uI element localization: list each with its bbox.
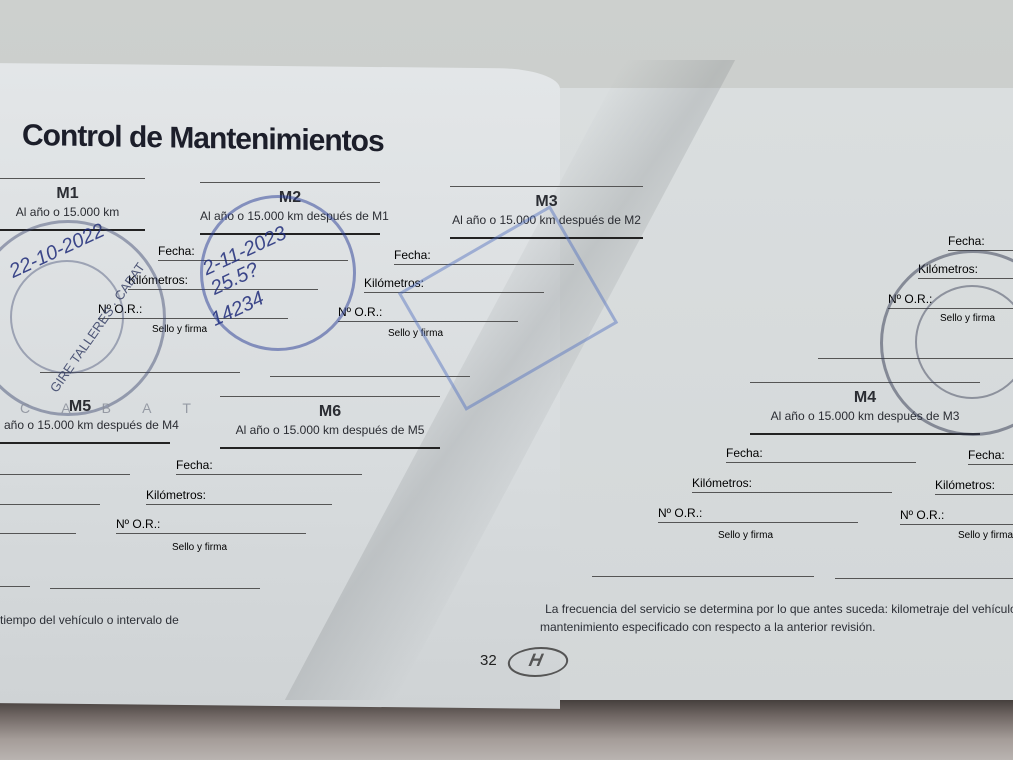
stamp-text-cabat: C A B A T	[20, 400, 205, 416]
or-label: Nº O.R.:	[900, 508, 944, 522]
block-description: Al año o 15.000 km	[0, 205, 145, 219]
footnote-line-1: La frecuencia del servicio se determina …	[540, 600, 1013, 618]
block-description: Al año o 15.000 km después de M5	[220, 423, 440, 437]
seal-area-m3	[270, 376, 470, 377]
block-code: M6	[220, 403, 440, 421]
date-label: Fecha:	[968, 448, 1005, 462]
block-code: M1	[0, 185, 145, 203]
maintenance-block-m5: M5 Al año o 15.000 km después de M4	[0, 392, 170, 592]
or-field-m6[interactable]: Nº O.R.:	[116, 517, 306, 534]
km-field-right-bottom[interactable]: Kilómetros:	[935, 478, 1013, 495]
seal-label-m6: Sello y firma	[172, 542, 227, 553]
seal-area-m4	[592, 576, 814, 577]
seal-area-m6	[50, 588, 260, 589]
page-number: 32	[480, 652, 497, 669]
or-field-right-bottom[interactable]: Nº O.R.:	[900, 508, 1013, 525]
date-label: Fecha:	[394, 248, 431, 262]
date-label: Fecha:	[726, 446, 763, 460]
seal-area-right-bottom	[835, 578, 1013, 579]
or-field-m4[interactable]: Nº O.R.:	[658, 506, 858, 523]
seal-label-m4: Sello y firma	[718, 530, 773, 541]
km-label: Kilómetros:	[935, 478, 995, 492]
date-field-m6[interactable]: Fecha:	[176, 458, 362, 475]
km-field-m5[interactable]	[0, 502, 100, 505]
or-label: Nº O.R.:	[116, 517, 160, 531]
date-label: Fecha:	[158, 244, 195, 258]
km-label: Kilómetros:	[692, 476, 752, 490]
footnote-line-2: mantenimiento especificado con respecto …	[540, 618, 1013, 636]
date-field-right-top[interactable]: Fecha:	[948, 234, 1013, 251]
date-field-m4[interactable]: Fecha:	[726, 446, 916, 463]
seal-label-right-bottom: Sello y firma	[958, 530, 1013, 541]
block-description: Al año o 15.000 km después de M4	[0, 418, 170, 432]
seal-area-m5	[0, 586, 30, 587]
date-label: Fecha:	[948, 234, 985, 248]
km-field-m6[interactable]: Kilómetros:	[146, 488, 332, 505]
footnote: La frecuencia del servicio se determina …	[540, 600, 1013, 636]
or-field-m5[interactable]	[0, 531, 76, 534]
footnote-left-fragment: tiempo del vehículo o intervalo de	[0, 613, 179, 627]
workshop-stamp-m2	[200, 195, 356, 351]
km-field-m4[interactable]: Kilómetros:	[692, 476, 892, 493]
km-label: Kilómetros:	[146, 488, 206, 502]
block-header: M6 Al año o 15.000 km después de M5	[220, 396, 440, 449]
date-field-right-bottom[interactable]: Fecha:	[968, 448, 1013, 465]
date-field-m5[interactable]	[0, 472, 130, 475]
page-title: Control de Mantenimientos	[22, 119, 384, 159]
or-label: Nº O.R.:	[658, 506, 702, 520]
date-label: Fecha:	[176, 458, 213, 472]
